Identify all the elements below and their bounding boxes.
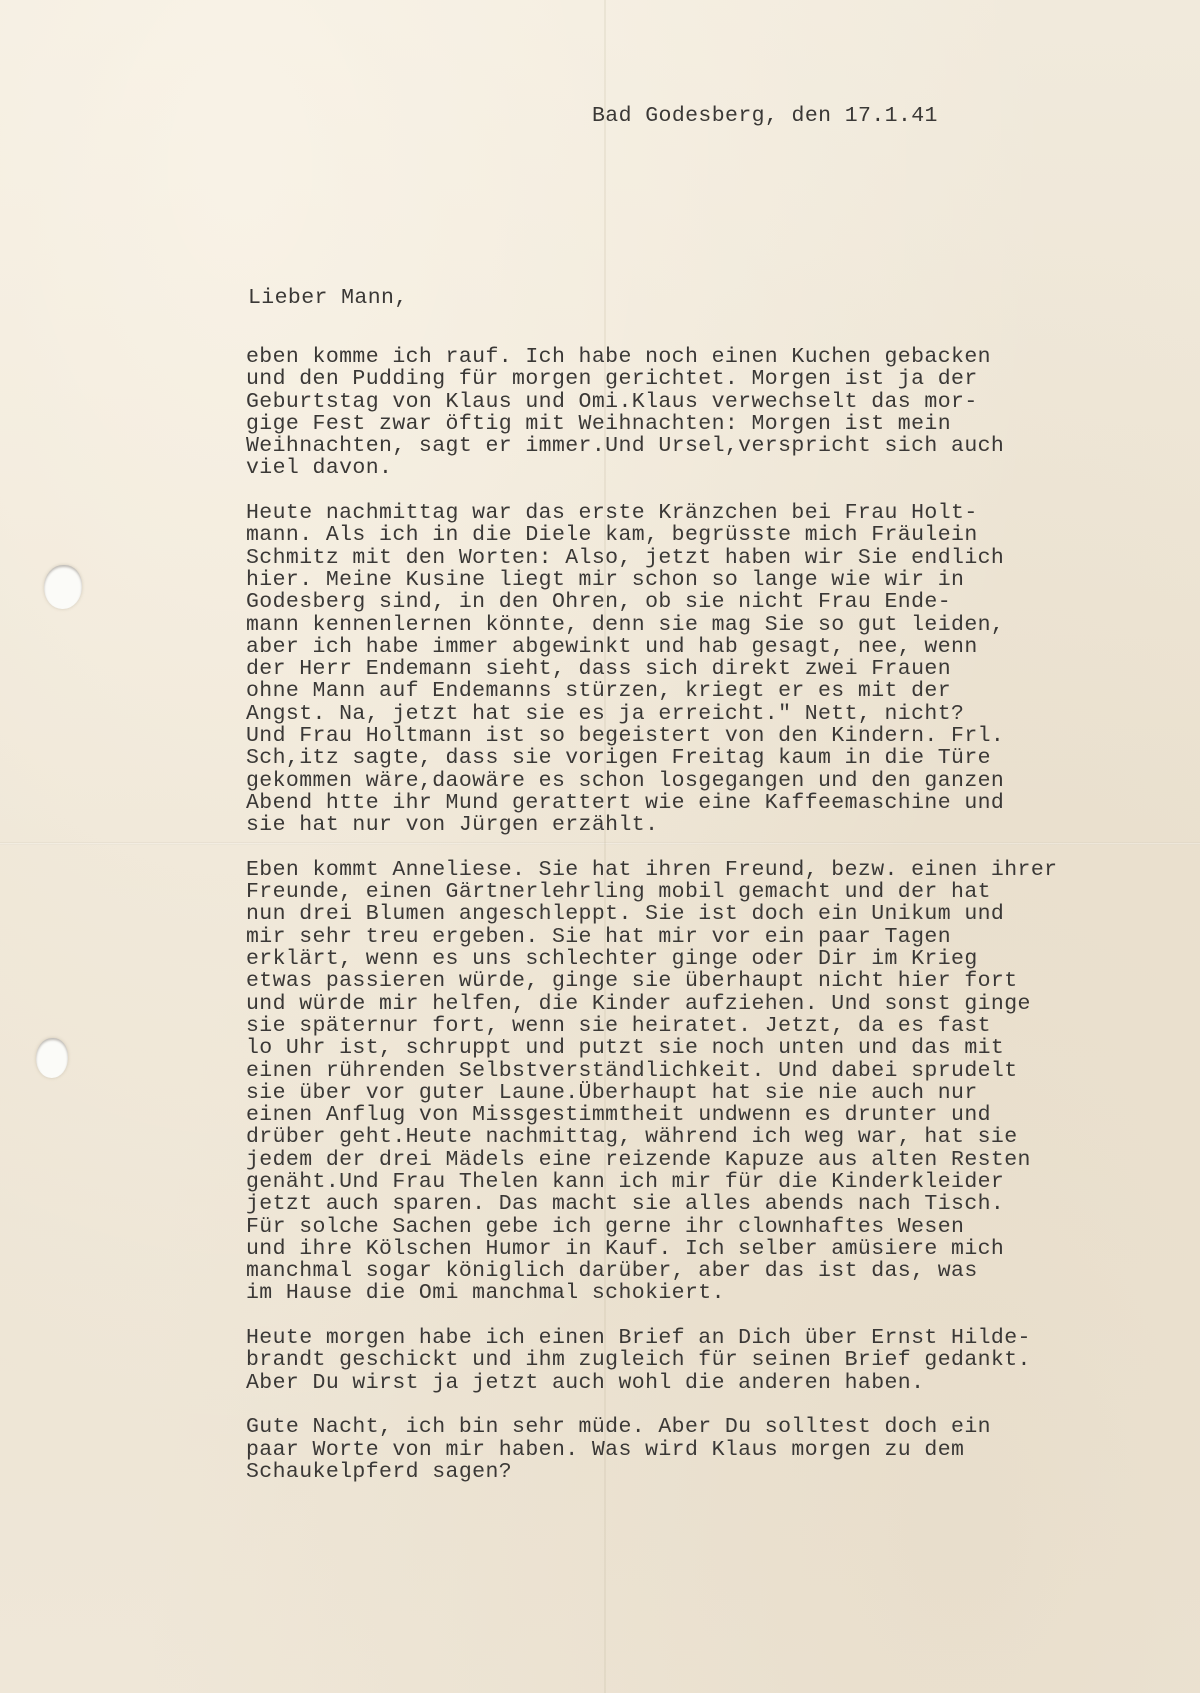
text-line: Sch,itz sagte, dass sie vorigen Freitag … <box>246 747 1057 769</box>
text-line: sie über vor guter Laune.Überhaupt hat s… <box>246 1082 1057 1104</box>
text-line: sie hat nur von Jürgen erzählt. <box>246 814 1057 836</box>
text-line: viel davon. <box>246 457 1057 479</box>
text-line: Weihnachten, sagt er immer.Und Ursel,ver… <box>246 435 1057 457</box>
text-line: nun drei Blumen angeschleppt. Sie ist do… <box>246 903 1057 925</box>
letter-body: eben komme ich rauf. Ich habe noch einen… <box>246 346 1057 1505</box>
text-line: brandt geschickt und ihm zugleich für se… <box>246 1349 1057 1371</box>
text-line: mann kennenlernen könnte, denn sie mag S… <box>246 614 1057 636</box>
text-line: Freunde, einen Gärtnerlehrling mobil gem… <box>246 881 1057 903</box>
text-line: eben komme ich rauf. Ich habe noch einen… <box>246 346 1057 368</box>
text-line: paar Worte von mir haben. Was wird Klaus… <box>246 1439 1057 1461</box>
text-line: einen rührenden Selbstverständlichkeit. … <box>246 1060 1057 1082</box>
text-line: genäht.Und Frau Thelen kann ich mir für … <box>246 1171 1057 1193</box>
text-line: Godesberg sind, in den Ohren, ob sie nic… <box>246 591 1057 613</box>
text-line: aber ich habe immer abgewinkt und hab ge… <box>246 636 1057 658</box>
text-line: Eben kommt Anneliese. Sie hat ihren Freu… <box>246 859 1057 881</box>
text-line: Angst. Na, jetzt hat sie es ja erreicht.… <box>246 703 1057 725</box>
text-line: sie späternur fort, wenn sie heiratet. J… <box>246 1015 1057 1037</box>
text-line: manchmal sogar königlich darüber, aber d… <box>246 1260 1057 1282</box>
text-line: Aber Du wirst ja jetzt auch wohl die and… <box>246 1372 1057 1394</box>
text-line: Geburtstag von Klaus und Omi.Klaus verwe… <box>246 391 1057 413</box>
text-line: im Hause die Omi manchmal schokiert. <box>246 1282 1057 1304</box>
salutation: Lieber Mann, <box>248 286 408 310</box>
text-line: Und Frau Holtmann ist so begeistert von … <box>246 725 1057 747</box>
text-line: lo Uhr ist, schruppt und putzt sie noch … <box>246 1037 1057 1059</box>
text-line: drüber geht.Heute nachmittag, während ic… <box>246 1126 1057 1148</box>
text-line: jetzt auch sparen. Das macht sie alles a… <box>246 1193 1057 1215</box>
text-line: gige Fest zwar öftig mit Weihnachten: Mo… <box>246 413 1057 435</box>
text-line: und ihre Kölschen Humor in Kauf. Ich sel… <box>246 1238 1057 1260</box>
text-line: mir sehr treu ergeben. Sie hat mir vor e… <box>246 926 1057 948</box>
text-line: Heute morgen habe ich einen Brief an Dic… <box>246 1327 1057 1349</box>
paragraph: Heute nachmittag war das erste Kränzchen… <box>246 502 1057 836</box>
text-line: erklärt, wenn es uns schlechter ginge od… <box>246 948 1057 970</box>
paragraph: eben komme ich rauf. Ich habe noch einen… <box>246 346 1057 480</box>
text-line: Schaukelpferd sagen? <box>246 1461 1057 1483</box>
dateline: Bad Godesberg, den 17.1.41 <box>592 104 938 128</box>
paragraph: Eben kommt Anneliese. Sie hat ihren Freu… <box>246 859 1057 1305</box>
text-line: gekommen wäre,daowäre es schon losgegang… <box>246 770 1057 792</box>
paragraph: Gute Nacht, ich bin sehr müde. Aber Du s… <box>246 1416 1057 1483</box>
text-line: der Herr Endemann sieht, dass sich direk… <box>246 658 1057 680</box>
text-line: einen Anflug von Missgestimmtheit undwen… <box>246 1104 1057 1126</box>
text-line: Gute Nacht, ich bin sehr müde. Aber Du s… <box>246 1416 1057 1438</box>
text-line: und würde mir helfen, die Kinder aufzieh… <box>246 993 1057 1015</box>
text-line: Für solche Sachen gebe ich gerne ihr clo… <box>246 1216 1057 1238</box>
punch-hole <box>36 1038 68 1078</box>
text-line: Schmitz mit den Worten: Also, jetzt habe… <box>246 547 1057 569</box>
text-line: mann. Als ich in die Diele kam, begrüsst… <box>246 524 1057 546</box>
letter-page: Bad Godesberg, den 17.1.41 Lieber Mann, … <box>0 0 1200 1693</box>
punch-hole <box>44 565 82 609</box>
text-line: ohne Mann auf Endemanns stürzen, kriegt … <box>246 680 1057 702</box>
text-line: jedem der drei Mädels eine reizende Kapu… <box>246 1149 1057 1171</box>
text-line: und den Pudding für morgen gerichtet. Mo… <box>246 368 1057 390</box>
text-line: Abend htte ihr Mund gerattert wie eine K… <box>246 792 1057 814</box>
paragraph: Heute morgen habe ich einen Brief an Dic… <box>246 1327 1057 1394</box>
text-line: etwas passieren würde, ginge sie überhau… <box>246 970 1057 992</box>
text-line: Heute nachmittag war das erste Kränzchen… <box>246 502 1057 524</box>
text-line: hier. Meine Kusine liegt mir schon so la… <box>246 569 1057 591</box>
